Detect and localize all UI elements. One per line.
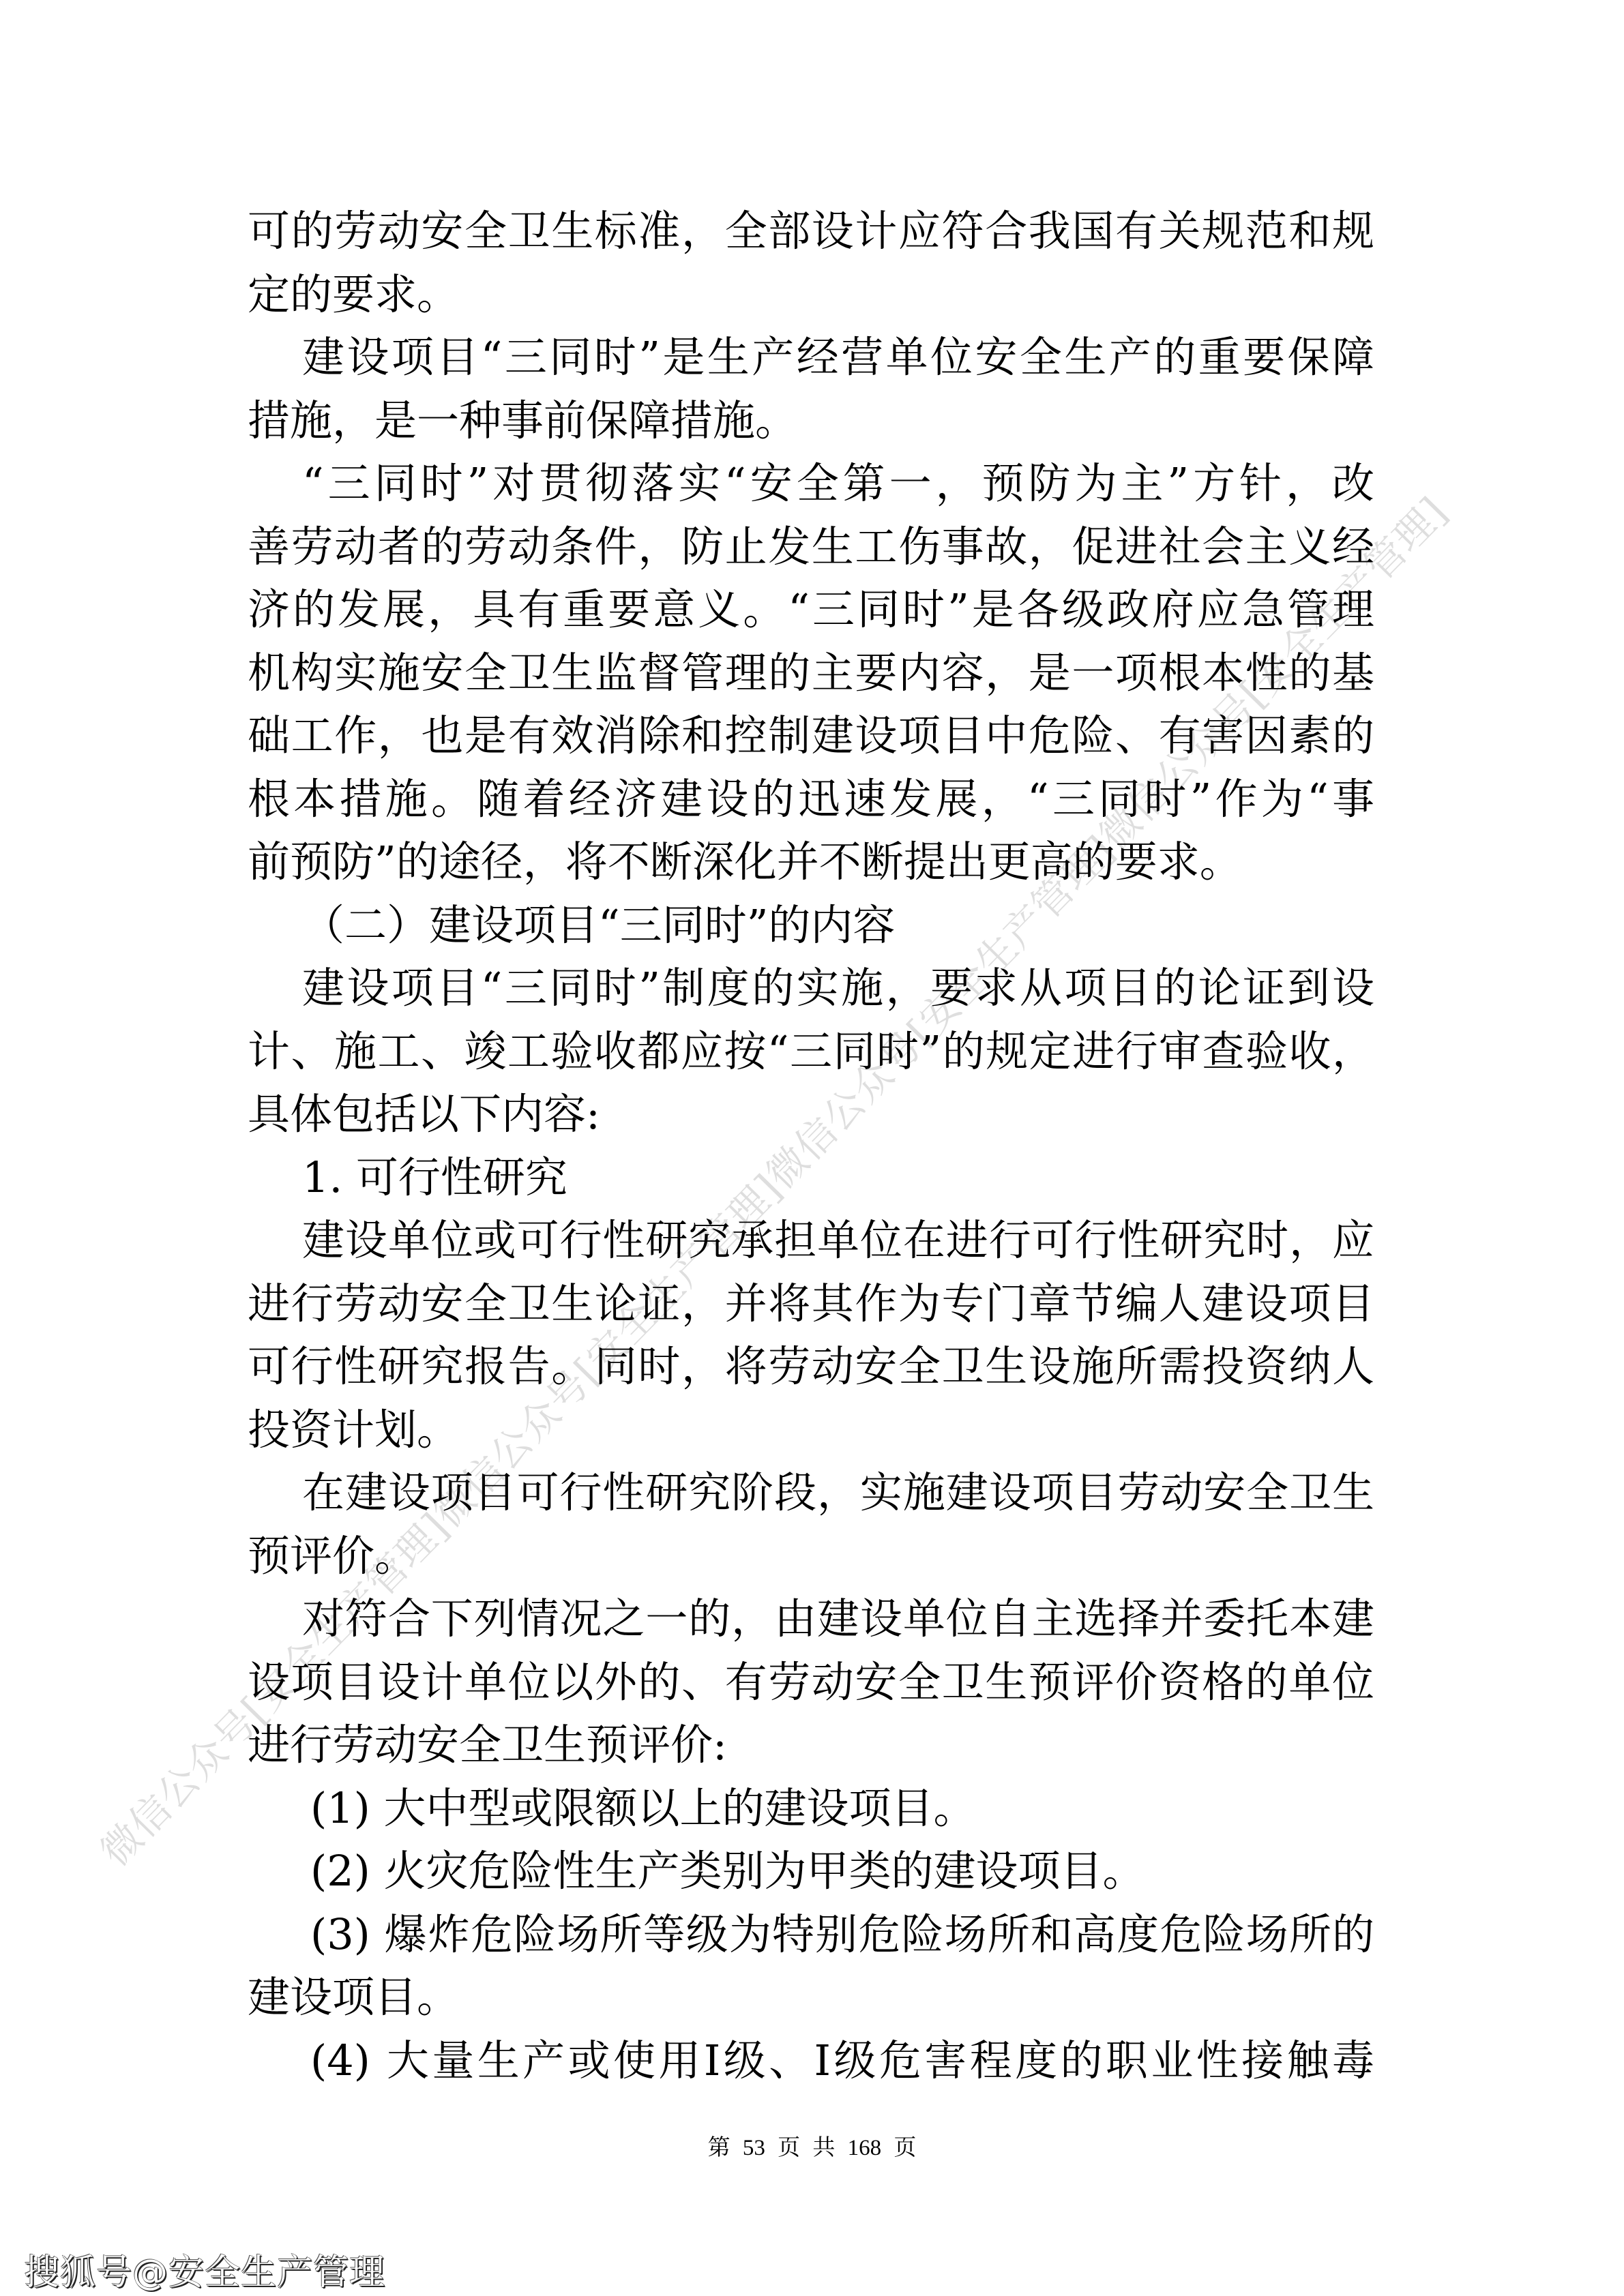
text-line: 可的劳动安全卫生标准，全部设计应符合我国有关规范和规: [248, 200, 1374, 263]
text-line: 进行劳动安全卫生预评价:: [248, 1714, 1374, 1777]
text-line: 础工作，也是有效消除和控制建设项目中危险、有害因素的: [248, 704, 1374, 768]
page-number: 第 53 页 共 168 页: [0, 2134, 1624, 2162]
text-line: 对符合下列情况之一的，由建设单位自主选择并委托本建: [248, 1587, 1374, 1651]
text-line: 善劳动者的劳动条件，防止发生工伤事故，促进社会主义经: [248, 516, 1374, 579]
list-item: (3) 爆炸危险场所等级为特别危险场所和高度危险场所的: [248, 1903, 1374, 1967]
text-line: 进行劳动安全卫生论证，并将其作为专门章节编人建设项目: [248, 1272, 1374, 1336]
text-line: 在建设项目可行性研究阶段，实施建设项目劳动安全卫生: [248, 1461, 1374, 1525]
document-page: 微信公众号[安全生产管理]微信公众号[安全生产管理]微信公众号[安全生产管理]微…: [0, 0, 1624, 2296]
text-line: 措施，是一种事前保障措施。: [248, 389, 1374, 453]
text-line: 具体包括以下内容:: [248, 1083, 1374, 1146]
text-line: 机构实施安全卫生监督管理的主要内容，是一项根本性的基: [248, 642, 1374, 705]
text-line: 建设项目“三同时”是生产经营单位安全生产的重要保障: [248, 326, 1374, 389]
text-line: 建设单位或可行性研究承担单位在进行可行性研究时，应: [248, 1209, 1374, 1272]
list-item: (2) 火灾危险性生产类别为甲类的建设项目。: [248, 1840, 1374, 1903]
text-line: 投资计划。: [248, 1399, 1374, 1462]
subsection-heading: 1. 可行性研究: [248, 1146, 1374, 1210]
text-line: 设项目设计单位以外的、有劳动安全卫生预评价资格的单位: [248, 1651, 1374, 1714]
source-logo: 搜狐号@安全生产管理: [24, 2250, 385, 2295]
text-line: 建设项目。: [248, 1966, 1374, 2029]
text-line: “三同时”对贯彻落实“安全第一，预防为主”方针，改: [248, 452, 1374, 516]
list-item: (1) 大中型或限额以上的建设项目。: [248, 1777, 1374, 1840]
text-line: 根本措施。随着经济建设的迅速发展，“三同时”作为“事: [248, 768, 1374, 831]
text-line: 预评价。: [248, 1525, 1374, 1588]
text-line: 可行性研究报告。同时，将劳动安全卫生设施所需投资纳人: [248, 1335, 1374, 1399]
text-line: 定的要求。: [248, 263, 1374, 327]
list-item: (4) 大量生产或使用Ⅰ级、Ⅰ级危害程度的职业性接触毒: [248, 2029, 1374, 2093]
text-line: 前预防”的途径，将不断深化并不断提出更高的要求。: [248, 831, 1374, 894]
text-line: 计、施工、竣工验收都应按“三同时”的规定进行审查验收，: [248, 1020, 1374, 1084]
document-body: 可的劳动安全卫生标准，全部设计应符合我国有关规范和规 定的要求。 建设项目“三同…: [248, 200, 1374, 2092]
text-line: 济的发展，具有重要意义。“三同时”是各级政府应急管理: [248, 578, 1374, 642]
section-heading: （二）建设项目“三同时”的内容: [248, 894, 1374, 957]
text-line: 建设项目“三同时”制度的实施，要求从项目的论证到设: [248, 957, 1374, 1020]
